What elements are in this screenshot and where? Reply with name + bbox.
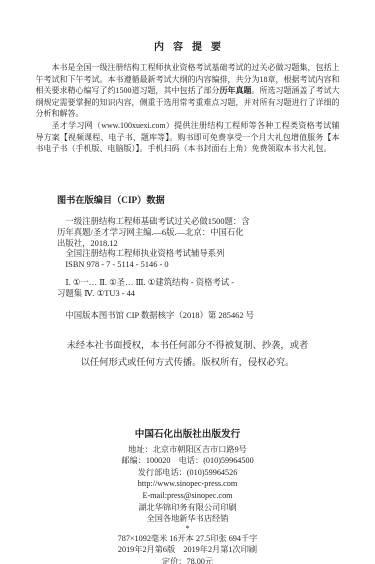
copyright-notice: 未经本社书面授权，本书任何部分不得被复制、抄袭，或者 以任何形式或任何方式传播。… <box>0 338 375 371</box>
colophon-section: 中国石化出版社出版发行 地址：北京市朝阳区吉市口路9号 邮编：100020 电话… <box>0 429 375 564</box>
abstract-paragraph-2: 圣才学习网（www.100xuexi.com）提供注册结构工程师等各种工程类资格… <box>36 120 340 155</box>
notice-line-1: 未经本社书面授权，本书任何部分不得被复制、抄袭，或者 <box>0 338 375 355</box>
publisher-name: 中国石化出版社出版发行 <box>0 429 375 441</box>
abstract-bold-past-exam-questions: 历年真题 <box>220 86 252 95</box>
publisher-address: 地址：北京市朝阳区吉市口路9号 <box>0 444 375 456</box>
cip-heading: 图书在版编目（CIP）数据 <box>57 195 269 206</box>
edition-printing: 2019年2月第6版 2019年2月第1次印刷 <box>0 544 375 556</box>
cip-entry-line-3: 出版社，2018.12 <box>57 239 269 250</box>
cip-entry-line-1: 一级注册结构工程师基础考试过关必做1500题：含 <box>57 217 269 228</box>
cip-entry-line-2: 历年真题/圣才学习网主编.—6版.—北京：中国石化 <box>57 228 269 239</box>
publisher-postcode-phone: 邮编：100020 电话：(010)59964500 <box>0 455 375 467</box>
cip-classification-line-1: Ⅰ. ①一… Ⅱ. ①圣… Ⅲ. ①建筑结构 - 资格考试 - <box>57 278 269 289</box>
distribution-phone: 发行部电话：(010)59964526 <box>0 467 375 479</box>
cip-classification-line-2: 习题集 Ⅳ. ①TU3 - 44 <box>57 289 269 300</box>
publisher-website: http://www.sinopec-press.com <box>0 478 375 490</box>
abstract-paragraph-1: 本书是全国一级注册结构工程师执业资格考试基础考试的过关必做习题集，包括上午考试和… <box>36 62 340 120</box>
cip-section: 图书在版编目（CIP）数据 一级注册结构工程师基础考试过关必做1500题：含 历… <box>57 195 269 321</box>
abstract-body: 本书是全国一级注册结构工程师执业资格考试基础考试的过关必做习题集，包括上午考试和… <box>36 62 340 155</box>
cip-series: 全国注册结构工程师执业资格考试辅导系列 <box>57 249 269 260</box>
abstract-title: 内容提要 <box>0 0 375 53</box>
price: 定价：78.00元 <box>0 556 375 564</box>
book-format: 787×1092毫米 16开本 27.5印张 694千字 <box>0 533 375 545</box>
notice-line-2: 以任何形式或任何方式传播。版权所有，侵权必究。 <box>0 355 375 372</box>
cip-record-number: 中国版本图书馆 CIP 数据核字（2018）第 285462 号 <box>57 311 269 322</box>
book-copyright-page: 内容提要 本书是全国一级注册结构工程师执业资格考试基础考试的过关必做习题集，包括… <box>0 0 375 564</box>
separator-star: * <box>0 525 375 533</box>
printer-name: 湖北华锦印务有限公司印刷 <box>0 502 375 514</box>
cip-isbn: ISBN 978 - 7 - 5114 - 5146 - 0 <box>57 260 269 271</box>
abstract-section: 内容提要 本书是全国一级注册结构工程师执业资格考试基础考试的过关必做习题集，包括… <box>0 0 375 155</box>
publisher-email: E-mail:press@sinopec.com <box>0 490 375 502</box>
